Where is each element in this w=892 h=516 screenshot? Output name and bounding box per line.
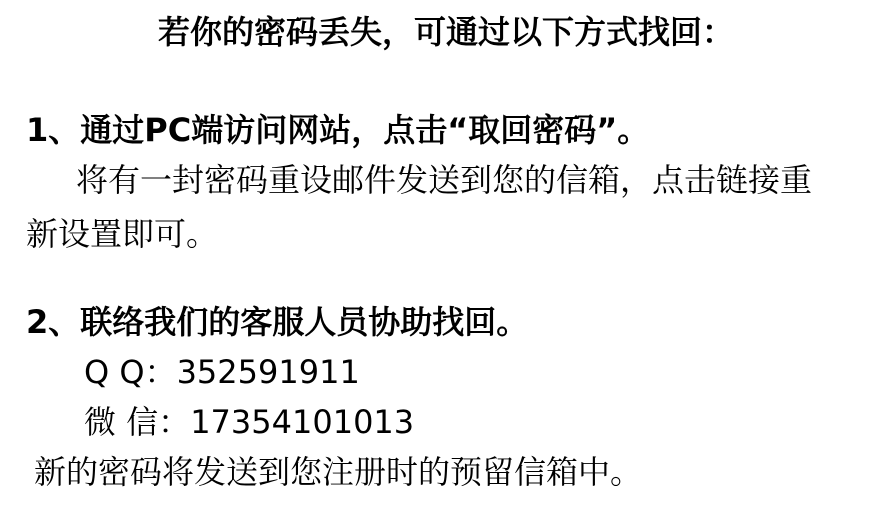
method-1-description-line-1: 将有一封密码重设邮件发送到您的信箱，点击链接重 xyxy=(76,160,812,200)
qq-contact: Q Q：352591911 xyxy=(84,352,360,392)
qq-label: Q Q： xyxy=(84,353,177,391)
qq-number: 352591911 xyxy=(177,353,360,391)
method-1-description-line-2: 新设置即可。 xyxy=(26,214,218,254)
method-2-heading: 2、联络我们的客服人员协助找回。 xyxy=(26,302,528,342)
page-title: 若你的密码丢失，可通过以下方式找回： xyxy=(0,12,892,52)
wechat-label: 微 信： xyxy=(84,403,190,441)
new-password-note: 新的密码将发送到您注册时的预留信箱中。 xyxy=(34,452,642,492)
wechat-number: 17354101013 xyxy=(190,403,414,441)
method-1-heading: 1、通过PC端访问网站，点击“取回密码”。 xyxy=(26,110,649,150)
wechat-contact: 微 信：17354101013 xyxy=(84,402,414,442)
